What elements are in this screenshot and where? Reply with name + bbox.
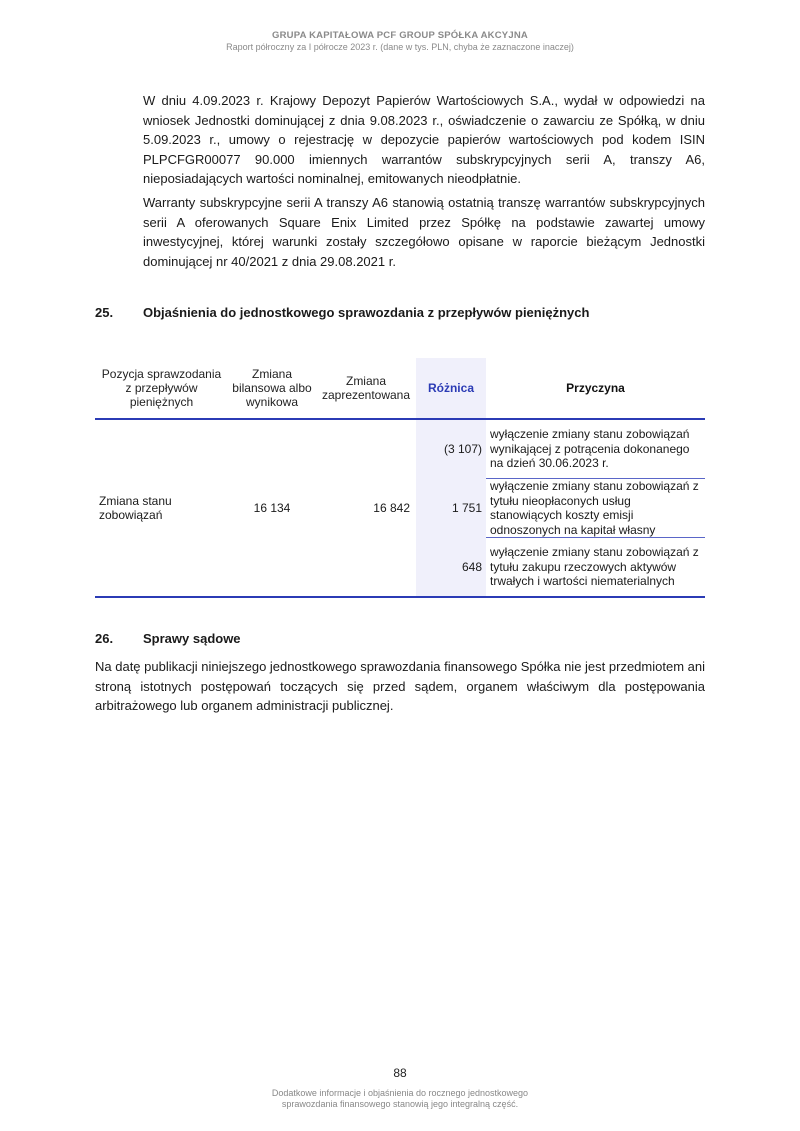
- section-title: Objaśnienia do jednostkowego sprawozdani…: [143, 305, 589, 320]
- table-row: Zmiana stanu zobowiązań 16 134 16 842 (3…: [95, 419, 705, 479]
- section-25-heading: 25.Objaśnienia do jednostkowego sprawozd…: [95, 305, 589, 320]
- footer-note-line1: Dodatkowe informacje i objaśnienia do ro…: [0, 1088, 800, 1099]
- difference-value: (3 107): [416, 419, 486, 479]
- section-number: 26.: [95, 631, 143, 646]
- header-difference: Różnica: [416, 358, 486, 419]
- difference-value: 1 751: [416, 479, 486, 538]
- row-position: Zmiana stanu zobowiązań: [95, 419, 228, 597]
- header-position: Pozycja sprawzodania z przepływów pienię…: [95, 358, 228, 419]
- section-title: Sprawy sądowe: [143, 631, 241, 646]
- page-header: GRUPA KAPITAŁOWA PCF GROUP SPÓŁKA AKCYJN…: [0, 30, 800, 52]
- row-balance-change: 16 134: [228, 419, 316, 597]
- cash-flow-table: Pozycja sprawzodania z przepływów pienię…: [95, 358, 705, 598]
- header-balance-change: Zmiana bilansowa albo wynikowa: [228, 358, 316, 419]
- paragraph-kdpw: W dniu 4.09.2023 r. Krajowy Depozyt Papi…: [143, 91, 705, 189]
- footer-note: Dodatkowe informacje i objaśnienia do ro…: [0, 1088, 800, 1110]
- header-reason: Przyczyna: [486, 358, 705, 419]
- header-presented-change: Zmiana zaprezentowana: [316, 358, 416, 419]
- row-presented-change: 16 842: [316, 419, 416, 597]
- reason-text: wyłączenie zmiany stanu zobowiązań z tyt…: [486, 479, 705, 538]
- company-name: GRUPA KAPITAŁOWA PCF GROUP SPÓŁKA AKCYJN…: [0, 30, 800, 41]
- paragraph-warrants: Warranty subskrypcyjne serii A transzy A…: [143, 193, 705, 271]
- paragraph-legal: Na datę publikacji niniejszego jednostko…: [95, 657, 705, 716]
- reason-text: wyłączenie zmiany stanu zobowiązań wynik…: [486, 419, 705, 479]
- section-26-heading: 26.Sprawy sądowe: [95, 631, 241, 646]
- report-subtitle: Raport półroczny za I półrocze 2023 r. (…: [0, 42, 800, 52]
- footer-note-line2: sprawozdania finansowego stanowią jego i…: [0, 1099, 800, 1110]
- reason-text: wyłączenie zmiany stanu zobowiązań z tyt…: [486, 538, 705, 598]
- difference-value: 648: [416, 538, 486, 598]
- page-number: 88: [0, 1066, 800, 1080]
- section-number: 25.: [95, 305, 143, 320]
